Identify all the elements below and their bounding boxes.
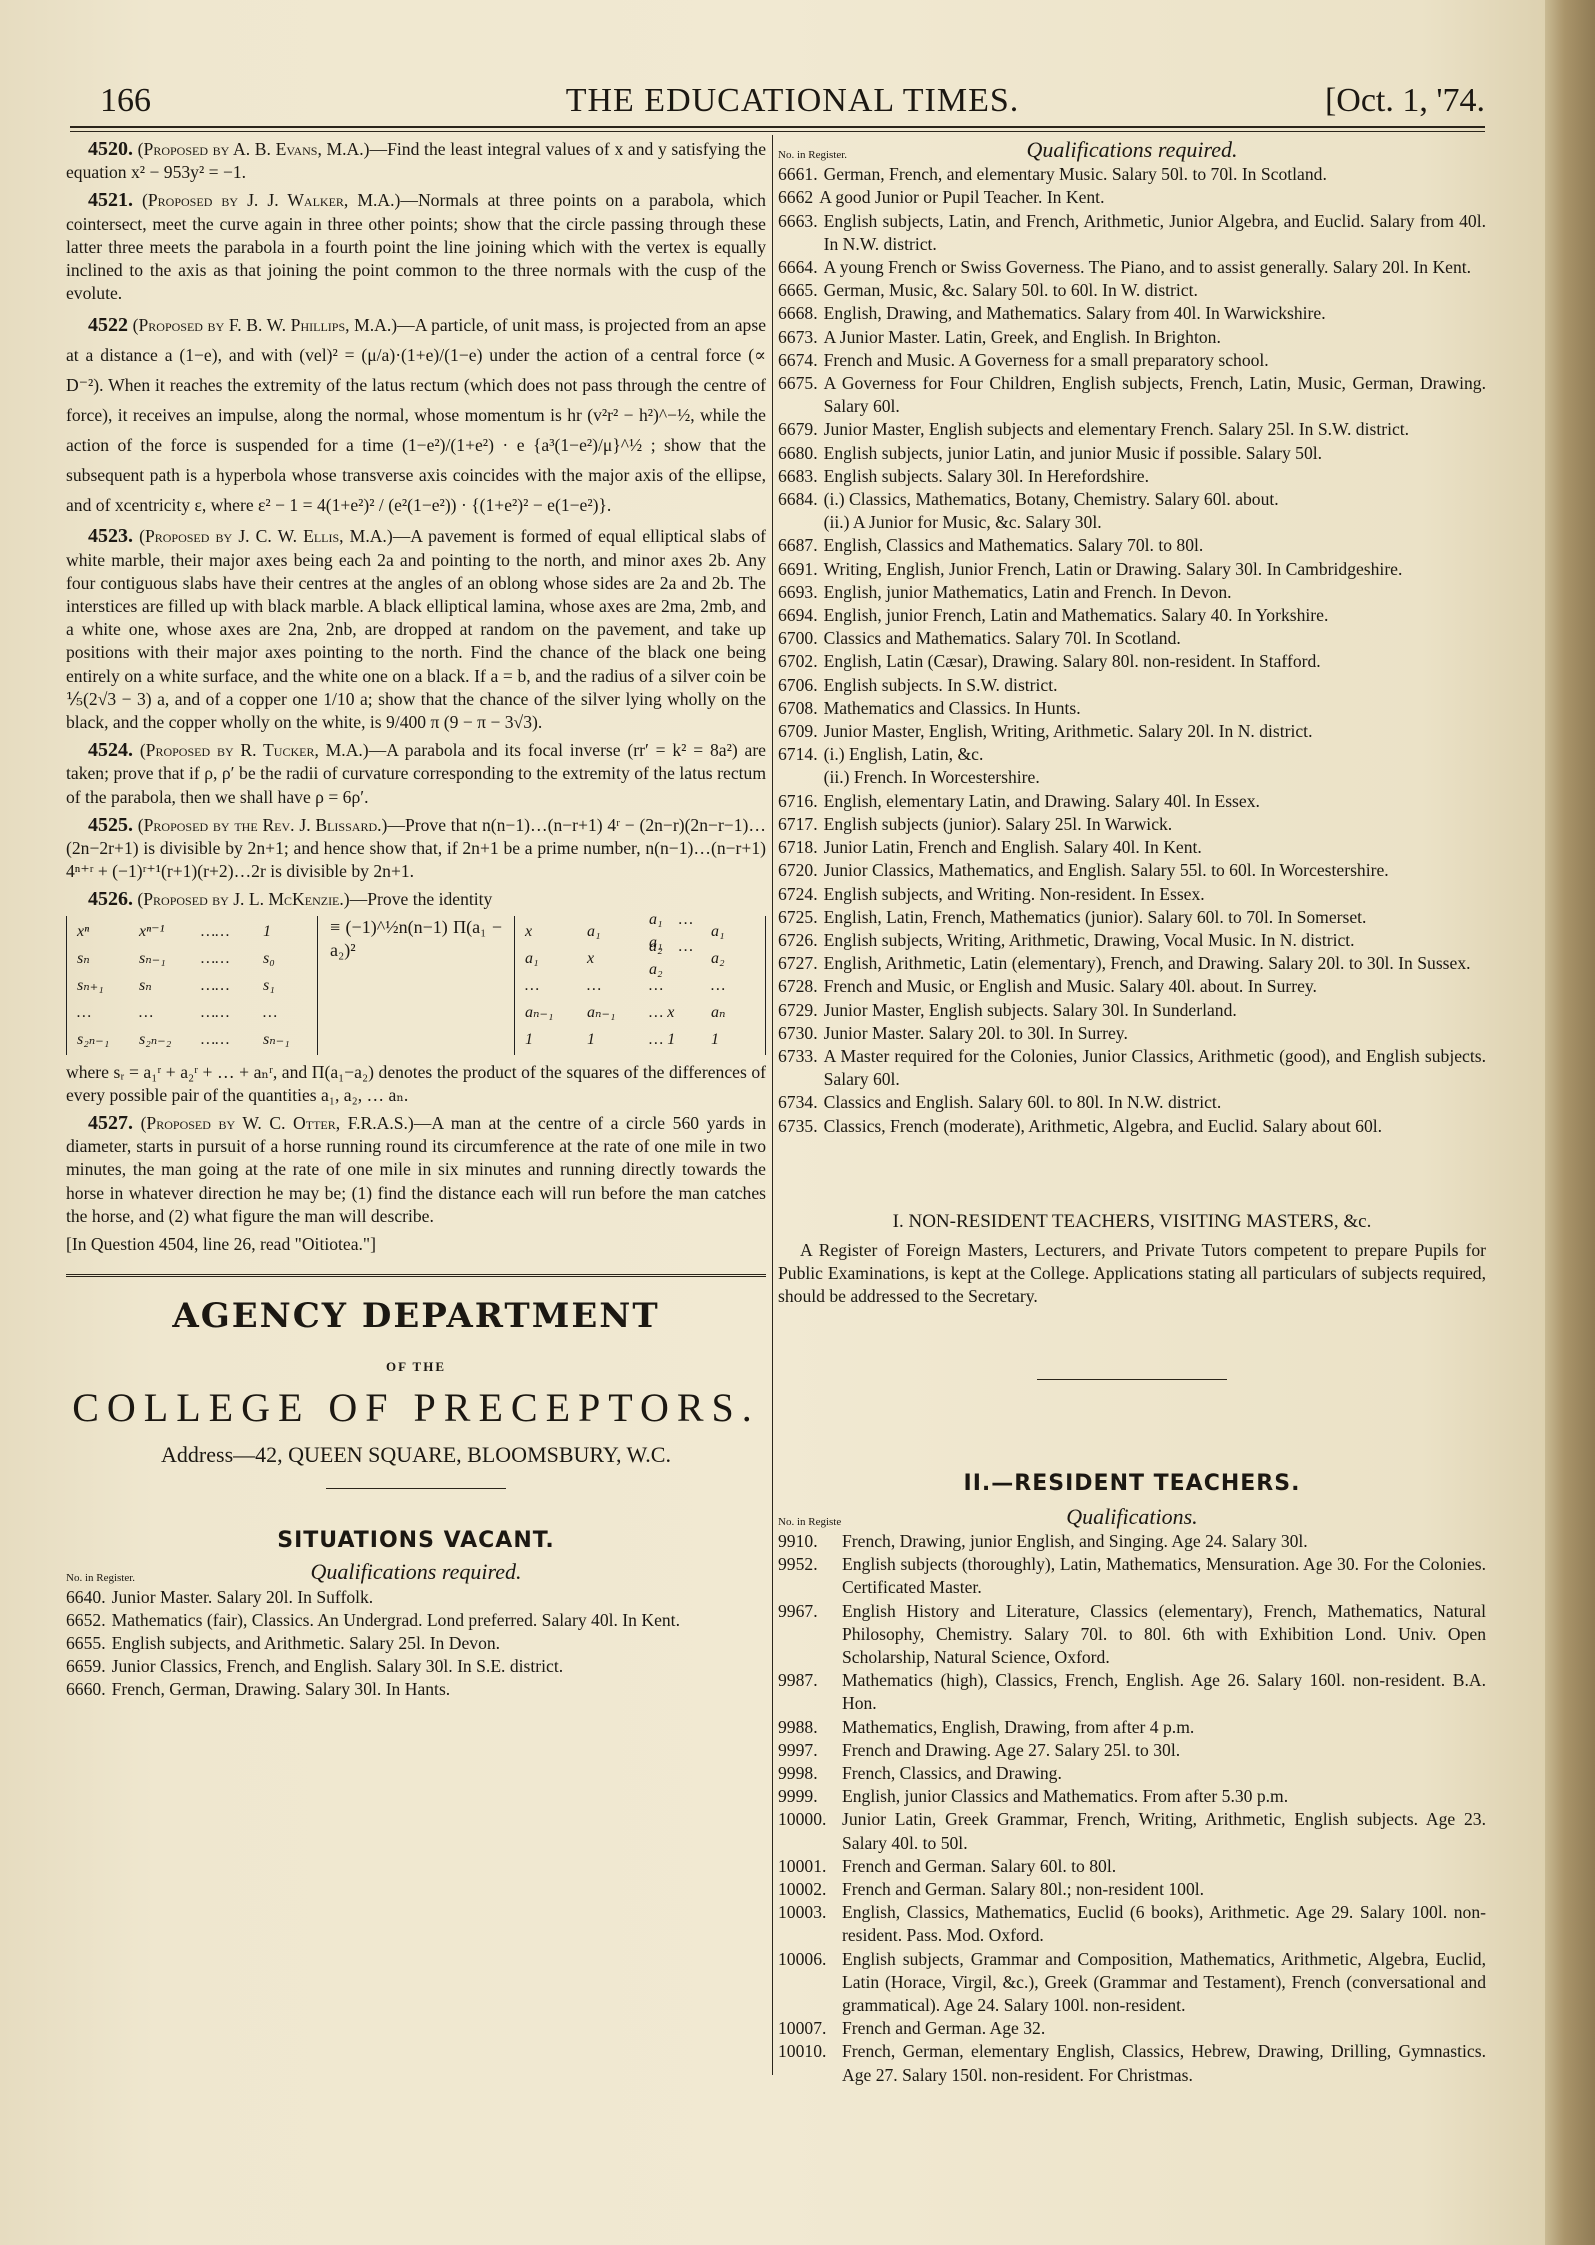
register-number: 10000. <box>778 1808 842 1854</box>
qualification-text: English History and Literature, Classics… <box>842 1600 1486 1670</box>
list-item: 6724.English subjects, and Writing. Non-… <box>778 883 1486 906</box>
list-item: 6716.English, elementary Latin, and Draw… <box>778 790 1486 813</box>
det-cell: … x <box>649 1001 693 1024</box>
qualification-text: Junior Latin, French and English. Salary… <box>824 836 1486 859</box>
register-number: 9988. <box>778 1716 842 1739</box>
header-rule-thin <box>70 131 1485 132</box>
det-row: a₁xa₂ … a₂a₂ <box>525 945 755 972</box>
entry-sub: (ii.) French. In Worcestershire. <box>824 767 1040 787</box>
det-row: ………… <box>525 972 755 999</box>
entry-main: A Master required for the Colonies, Juni… <box>824 1046 1486 1089</box>
det-cell: …… <box>201 1028 245 1051</box>
register-number: 10001. <box>778 1855 842 1878</box>
qualification-text: (i.) Classics, Mathematics, Botany, Chem… <box>824 488 1486 534</box>
entry-main: English History and Literature, Classics… <box>842 1601 1486 1667</box>
qualification-text: Junior Classics, French, and English. Sa… <box>112 1655 766 1678</box>
question-number: 4527. <box>88 1112 133 1134</box>
entry-main: English subjects, junior Latin, and juni… <box>824 443 1322 463</box>
header-rule <box>70 126 1485 128</box>
register-number: 6687. <box>778 534 824 557</box>
qualification-text: English subjects, Grammar and Compositio… <box>842 1948 1486 2018</box>
det-cell: xⁿ <box>77 920 121 943</box>
short-divider <box>1037 1379 1227 1380</box>
entry-main: Junior Classics, Mathematics, and Englis… <box>824 860 1389 880</box>
det-cell: a₁ <box>711 920 755 943</box>
register-label: No. in Register. <box>778 150 848 161</box>
list-header: No. in Register. Qualifications required… <box>778 138 1486 161</box>
list-item: 9999.English, junior Classics and Mathem… <box>778 1785 1486 1808</box>
det-cell: … <box>587 974 631 997</box>
det-cell: s₂ₙ₋₁ <box>77 1028 121 1051</box>
det-cell: aₙ₋₁ <box>587 1001 631 1024</box>
entry-main: English subjects, Latin, and French, Ari… <box>824 211 1486 254</box>
entry-main: English subjects (junior). Salary 25l. I… <box>824 814 1173 834</box>
qualification-text: English, elementary Latin, and Drawing. … <box>824 790 1486 813</box>
list-item: 6720.Junior Classics, Mathematics, and E… <box>778 859 1486 882</box>
qualification-text: Classics and Mathematics. Salary 70l. In… <box>824 627 1486 650</box>
det-row: …………… <box>77 999 307 1026</box>
list-item: 6674.French and Music. A Governess for a… <box>778 349 1486 372</box>
det-row: aₙ₋₁aₙ₋₁… xaₙ <box>525 999 755 1026</box>
determinant-definition: where sᵣ = a₁ʳ + a₂ʳ + … + aₙʳ, and Π(a₁… <box>66 1061 766 1107</box>
register-number: 9910. <box>778 1530 842 1553</box>
qualification-text: English subjects. Salary 30l. In Herefor… <box>824 465 1486 488</box>
list-header: No. in Register. Qualifications required… <box>66 1560 766 1583</box>
question-number: 4521. <box>88 189 133 211</box>
qualification-text: A Governess for Four Children, English s… <box>824 372 1486 418</box>
proposer: (Proposed by J. L. McKenzie.) <box>137 889 349 909</box>
entry-main: Classics and Mathematics. Salary 70l. In… <box>824 628 1181 648</box>
entry-main: A Junior Master. Latin, Greek, and Engli… <box>824 327 1221 347</box>
register-number: 6733. <box>778 1045 824 1091</box>
det-row: xa₁a₁ … a₁a₁ <box>525 918 755 945</box>
question-text: —A pavement is formed of equal elliptica… <box>66 526 766 732</box>
qualification-text: English subjects (thoroughly), Latin, Ma… <box>842 1553 1486 1599</box>
entry-main: English subjects. Salary 30l. In Herefor… <box>824 466 1149 486</box>
situations-list: 6640.Junior Master. Salary 20l. In Suffo… <box>66 1586 766 1702</box>
agency-of-the: OF THE <box>66 1355 766 1378</box>
list-item: 6706.English subjects. In S.W. district. <box>778 674 1486 697</box>
qualification-text: Classics, French (moderate), Arithmetic,… <box>824 1115 1486 1138</box>
qualification-text: Mathematics, English, Drawing, from afte… <box>842 1716 1486 1739</box>
entry-main: Junior Master. Salary 20l. In Suffolk. <box>112 1587 374 1607</box>
entry-main: French, German, elementary English, Clas… <box>842 2041 1486 2084</box>
entry-main: English, Arithmetic, Latin (elementary),… <box>824 953 1471 973</box>
resident-teachers-title: II.—RESIDENT TEACHERS. <box>778 1472 1486 1495</box>
list-item: 9988.Mathematics, English, Drawing, from… <box>778 1716 1486 1739</box>
det-cell: 1 <box>263 920 307 943</box>
qualification-text: Mathematics (high), Classics, French, En… <box>842 1669 1486 1715</box>
det-cell: … <box>263 1001 307 1024</box>
entry-main: (i.) Classics, Mathematics, Botany, Chem… <box>824 489 1279 509</box>
register-number: 6709. <box>778 720 824 743</box>
entry-sub: (ii.) A Junior for Music, &c. Salary 30l… <box>824 512 1102 532</box>
entry-main: English subjects. In S.W. district. <box>824 675 1058 695</box>
qualification-text: French and Music, or English and Music. … <box>824 975 1486 998</box>
entry-main: Writing, English, Junior French, Latin o… <box>824 559 1403 579</box>
qualification-text: French, Classics, and Drawing. <box>842 1762 1486 1785</box>
entry-main: English subjects, Writing, Arithmetic, D… <box>824 930 1355 950</box>
register-number: 6660. <box>66 1678 112 1701</box>
qualification-text: Classics and English. Salary 60l. to 80l… <box>824 1091 1486 1114</box>
list-item: 6684.(i.) Classics, Mathematics, Botany,… <box>778 488 1486 534</box>
register-number: 9952. <box>778 1553 842 1599</box>
situations-list-continued: 6661.German, French, and elementary Musi… <box>778 163 1486 1138</box>
det-cell: aₙ₋₁ <box>525 1001 569 1024</box>
publication-title: THE EDUCATIONAL TIMES. <box>100 82 1485 120</box>
register-number: 6662 <box>778 186 819 209</box>
entry-main: English, elementary Latin, and Drawing. … <box>824 791 1260 811</box>
register-number: 10003. <box>778 1901 842 1947</box>
det-cell: … <box>139 1001 183 1024</box>
list-item: 6717.English subjects (junior). Salary 2… <box>778 813 1486 836</box>
register-number: 9999. <box>778 1785 842 1808</box>
qualification-text: English subjects. In S.W. district. <box>824 674 1486 697</box>
list-item: 10007.French and German. Age 32. <box>778 2017 1486 2040</box>
qualification-text: Junior Master, English subjects and elem… <box>824 418 1486 441</box>
qualification-text: French and Drawing. Age 27. Salary 25l. … <box>842 1739 1486 1762</box>
det-row: sₙsₙ₋₁……s₀ <box>77 945 307 972</box>
qualification-text: English, junior French, Latin and Mathem… <box>824 604 1486 627</box>
list-item: 6660.French, German, Drawing. Salary 30l… <box>66 1678 766 1701</box>
entry-main: Junior Master, English subjects and elem… <box>824 419 1409 439</box>
list-item: 6640.Junior Master. Salary 20l. In Suffo… <box>66 1586 766 1609</box>
left-determinant: xⁿxⁿ⁻¹……1 sₙsₙ₋₁……s₀ sₙ₊₁sₙ……s₁ …………… s₂… <box>66 916 318 1055</box>
det-cell: sₙ₊₁ <box>77 974 121 997</box>
det-cell: sₙ₋₁ <box>263 1028 307 1051</box>
list-item: 10010.French, German, elementary English… <box>778 2040 1486 2086</box>
entry-main: English, junior Classics and Mathematics… <box>842 1786 1288 1806</box>
list-item: 6663.English subjects, Latin, and French… <box>778 210 1486 256</box>
list-item: 10001.French and German. Salary 60l. to … <box>778 1855 1486 1878</box>
entry-main: Mathematics (high), Classics, French, En… <box>842 1670 1486 1713</box>
register-number: 6673. <box>778 326 824 349</box>
list-item: 6725.English, Latin, French, Mathematics… <box>778 906 1486 929</box>
qualification-text: Junior Master, English subjects. Salary … <box>824 999 1486 1022</box>
qualification-text: English subjects, and Arithmetic. Salary… <box>112 1632 766 1655</box>
det-row: s₂ₙ₋₁s₂ₙ₋₂……sₙ₋₁ <box>77 1026 307 1053</box>
register-number: 6735. <box>778 1115 824 1138</box>
register-number: 9998. <box>778 1762 842 1785</box>
register-number: 6725. <box>778 906 824 929</box>
list-item: 9987.Mathematics (high), Classics, Frenc… <box>778 1669 1486 1715</box>
det-cell: 1 <box>711 1028 755 1051</box>
qualification-text: A good Junior or Pupil Teacher. In Kent. <box>819 186 1486 209</box>
entry-main: Junior Latin, Greek Grammar, French, Wri… <box>842 1809 1486 1852</box>
question-4525: 4525. (Proposed by the Rev. J. Blissard.… <box>66 814 766 884</box>
register-number: 10007. <box>778 2017 842 2040</box>
list-item: 6655.English subjects, and Arithmetic. S… <box>66 1632 766 1655</box>
entry-main: Mathematics and Classics. In Hunts. <box>824 698 1081 718</box>
question-number: 4522 <box>88 314 128 336</box>
register-label: No. in Register. <box>66 1573 136 1584</box>
list-item: 6694.English, junior French, Latin and M… <box>778 604 1486 627</box>
det-cell: …… <box>201 974 245 997</box>
register-number: 6659. <box>66 1655 112 1678</box>
register-label: No. in Registe <box>778 1517 848 1528</box>
register-number: 6694. <box>778 604 824 627</box>
det-cell: … <box>649 974 693 997</box>
register-number: 6680. <box>778 442 824 465</box>
entry-main: French, Classics, and Drawing. <box>842 1763 1062 1783</box>
entry-main: French, German, Drawing. Salary 30l. In … <box>112 1679 451 1699</box>
situations-vacant-title: SITUATIONS VACANT. <box>66 1529 766 1552</box>
list-item: 6664.A young French or Swiss Governess. … <box>778 256 1486 279</box>
right-determinant: xa₁a₁ … a₁a₁ a₁xa₂ … a₂a₂ ………… aₙ₋₁aₙ₋₁…… <box>514 916 766 1055</box>
entry-main: French, Drawing, junior English, and Sin… <box>842 1531 1308 1551</box>
register-number: 6720. <box>778 859 824 882</box>
register-number: 6718. <box>778 836 824 859</box>
list-item: 6730.Junior Master. Salary 20l. to 30l. … <box>778 1022 1486 1045</box>
register-number: 6729. <box>778 999 824 1022</box>
register-number: 6730. <box>778 1022 824 1045</box>
register-number: 6655. <box>66 1632 112 1655</box>
entry-main: English, junior French, Latin and Mathem… <box>824 605 1329 625</box>
list-item: 6729.Junior Master, English subjects. Sa… <box>778 999 1486 1022</box>
qualifications-label: Qualifications required. <box>848 138 1486 161</box>
question-number: 4520. <box>88 138 133 160</box>
entry-main: (i.) English, Latin, &c. <box>824 744 984 764</box>
entry-main: German, French, and elementary Music. Sa… <box>824 164 1327 184</box>
qualification-text: English, Drawing, and Mathematics. Salar… <box>824 302 1486 325</box>
qualification-text: A Master required for the Colonies, Juni… <box>824 1045 1486 1091</box>
issue-date: [Oct. 1, '74. <box>1325 82 1485 120</box>
question-4524: 4524. (Proposed by R. Tucker, M.A.)—A pa… <box>66 739 766 809</box>
det-cell: … <box>77 1001 121 1024</box>
list-item: 6700.Classics and Mathematics. Salary 70… <box>778 627 1486 650</box>
list-item: 6702.English, Latin (Cæsar), Drawing. Sa… <box>778 650 1486 673</box>
qualification-text: English subjects, and Writing. Non-resid… <box>824 883 1486 906</box>
qualification-text: German, French, and elementary Music. Sa… <box>824 163 1486 186</box>
qualification-text: English, Latin (Cæsar), Drawing. Salary … <box>824 650 1486 673</box>
det-cell: … <box>525 974 569 997</box>
question-text: —Prove the identity <box>350 889 493 909</box>
entry-main: French and Music, or English and Music. … <box>824 976 1317 996</box>
question-number: 4525. <box>88 814 133 836</box>
register-number: 6714. <box>778 743 824 789</box>
list-item: 6733.A Master required for the Colonies,… <box>778 1045 1486 1091</box>
qualification-text: Junior Master. Salary 20l. to 30l. In Su… <box>824 1022 1486 1045</box>
entry-main: Classics, French (moderate), Arithmetic,… <box>824 1116 1382 1136</box>
det-cell: a₂ <box>711 947 755 970</box>
register-number: 9967. <box>778 1600 842 1670</box>
qualification-text: English, junior Mathematics, Latin and F… <box>824 581 1486 604</box>
entry-main: English, Latin (Cæsar), Drawing. Salary … <box>824 651 1321 671</box>
det-row: xⁿxⁿ⁻¹……1 <box>77 918 307 945</box>
register-number: 6663. <box>778 210 824 256</box>
qualification-text: French and Music. A Governess for a smal… <box>824 349 1486 372</box>
qualification-text: English subjects (junior). Salary 25l. I… <box>824 813 1486 836</box>
list-item: 6680.English subjects, junior Latin, and… <box>778 442 1486 465</box>
det-cell: s₂ₙ₋₂ <box>139 1028 183 1051</box>
list-header: No. in Registe Qualifications. <box>778 1505 1486 1528</box>
entry-main: English subjects (thoroughly), Latin, Ma… <box>842 1554 1486 1597</box>
entry-main: Junior Master. Salary 20l. to 30l. In Su… <box>824 1023 1128 1043</box>
left-column: 4520. (Proposed by A. B. Evans, M.A.)—Fi… <box>66 138 766 1702</box>
entry-main: A good Junior or Pupil Teacher. In Kent. <box>819 187 1104 207</box>
question-4527: 4527. (Proposed by W. C. Otter, F.R.A.S.… <box>66 1112 766 1228</box>
list-item: 6661.German, French, and elementary Musi… <box>778 163 1486 186</box>
question-number: 4523. <box>88 525 133 547</box>
qualification-text: A Junior Master. Latin, Greek, and Engli… <box>824 326 1486 349</box>
entry-main: French and German. Age 32. <box>842 2018 1045 2038</box>
register-number: 10006. <box>778 1948 842 2018</box>
erratum-note: [In Question 4504, line 26, read "Oitiot… <box>66 1233 766 1256</box>
identity-middle: ≡ (−1)^½n(n−1) Π(a₁ − a₂)² <box>318 916 514 962</box>
list-item: 10000.Junior Latin, Greek Grammar, Frenc… <box>778 1808 1486 1854</box>
question-4520: 4520. (Proposed by A. B. Evans, M.A.)—Fi… <box>66 138 766 184</box>
right-column: No. in Register. Qualifications required… <box>778 138 1486 2087</box>
list-item: 6727.English, Arithmetic, Latin (element… <box>778 952 1486 975</box>
det-cell: a₁ <box>587 920 631 943</box>
qualification-text: French, German, Drawing. Salary 30l. In … <box>112 1678 766 1701</box>
det-cell: xⁿ⁻¹ <box>139 920 183 943</box>
qualification-text: Mathematics and Classics. In Hunts. <box>824 697 1486 720</box>
list-item: 6718.Junior Latin, French and English. S… <box>778 836 1486 859</box>
list-item: 9952.English subjects (thoroughly), Lati… <box>778 1553 1486 1599</box>
register-number: 6683. <box>778 465 824 488</box>
det-row: 11… 11 <box>525 1026 755 1053</box>
entry-main: English, junior Mathematics, Latin and F… <box>824 582 1232 602</box>
register-number: 6724. <box>778 883 824 906</box>
register-number: 6674. <box>778 349 824 372</box>
proposer: (Proposed by R. Tucker, M.A.) <box>140 740 369 760</box>
det-cell: …… <box>201 920 245 943</box>
register-number: 6728. <box>778 975 824 998</box>
list-item: 6662A good Junior or Pupil Teacher. In K… <box>778 186 1486 209</box>
list-item: 6675.A Governess for Four Children, Engl… <box>778 372 1486 418</box>
list-item: 6652.Mathematics (fair), Classics. An Un… <box>66 1609 766 1632</box>
register-number: 6661. <box>778 163 824 186</box>
proposer: (Proposed by the Rev. J. Blissard.) <box>138 815 388 835</box>
column-divider <box>772 135 773 2075</box>
qualification-text: Junior Classics, Mathematics, and Englis… <box>824 859 1486 882</box>
register-number: 6727. <box>778 952 824 975</box>
qualification-text: French and German. Salary 60l. to 80l. <box>842 1855 1486 1878</box>
qualification-text: English, Latin, French, Mathematics (jun… <box>824 906 1486 929</box>
question-4521: 4521. (Proposed by J. J. Walker, M.A.)—N… <box>66 189 766 305</box>
list-item: 6709.Junior Master, English, Writing, Ar… <box>778 720 1486 743</box>
entry-main: Junior Master, English, Writing, Arithme… <box>824 721 1313 741</box>
qualification-text: French, Drawing, junior English, and Sin… <box>842 1530 1486 1553</box>
det-cell: …… <box>201 1001 245 1024</box>
register-number: 6717. <box>778 813 824 836</box>
determinant-identity: xⁿxⁿ⁻¹……1 sₙsₙ₋₁……s₀ sₙ₊₁sₙ……s₁ …………… s₂… <box>66 916 766 1055</box>
entry-main: Junior Latin, French and English. Salary… <box>824 837 1202 857</box>
list-item: 6687.English, Classics and Mathematics. … <box>778 534 1486 557</box>
entry-main: English, Classics and Mathematics. Salar… <box>824 535 1204 555</box>
entry-main: English subjects, Grammar and Compositio… <box>842 1949 1486 2015</box>
det-row: sₙ₊₁sₙ……s₁ <box>77 972 307 999</box>
short-divider <box>326 1488 506 1489</box>
det-cell: … <box>711 974 755 997</box>
register-number: 6716. <box>778 790 824 813</box>
register-number: 6708. <box>778 697 824 720</box>
entry-main: A young French or Swiss Governess. The P… <box>824 257 1471 277</box>
register-number: 9997. <box>778 1739 842 1762</box>
entry-main: English, Drawing, and Mathematics. Salar… <box>824 303 1326 323</box>
entry-main: Mathematics (fair), Classics. An Undergr… <box>112 1610 680 1630</box>
qualification-text: English, Classics, Mathematics, Euclid (… <box>842 1901 1486 1947</box>
college-name: COLLEGE OF PRECEPTORS. <box>66 1396 766 1419</box>
non-resident-text: A Register of Foreign Masters, Lecturers… <box>778 1239 1486 1309</box>
question-text: —A particle, of unit mass, is projected … <box>66 315 766 515</box>
register-number: 6734. <box>778 1091 824 1114</box>
list-item: 6691.Writing, English, Junior French, La… <box>778 558 1486 581</box>
qualification-text: English, junior Classics and Mathematics… <box>842 1785 1486 1808</box>
proposer: (Proposed by A. B. Evans, M.A.) <box>138 139 370 159</box>
det-cell: x <box>525 920 569 943</box>
question-number: 4526. <box>88 888 133 910</box>
register-number: 6675. <box>778 372 824 418</box>
register-number: 6668. <box>778 302 824 325</box>
qualification-text: Junior Master, English, Writing, Arithme… <box>824 720 1486 743</box>
register-number: 10002. <box>778 1878 842 1901</box>
qualification-text: Junior Latin, Greek Grammar, French, Wri… <box>842 1808 1486 1854</box>
proposer: (Proposed by F. B. W. Phillips, M.A.) <box>133 315 398 335</box>
det-cell: sₙ₋₁ <box>139 947 183 970</box>
list-item: 10003.English, Classics, Mathematics, Eu… <box>778 1901 1486 1947</box>
section-divider <box>66 1274 766 1277</box>
entry-main: Mathematics, English, Drawing, from afte… <box>842 1717 1194 1737</box>
register-number: 6700. <box>778 627 824 650</box>
entry-main: Junior Master, English subjects. Salary … <box>824 1000 1237 1020</box>
entry-main: A Governess for Four Children, English s… <box>824 373 1486 416</box>
qualification-text: English subjects, Latin, and French, Ari… <box>824 210 1486 256</box>
qualification-text: French and German. Salary 80l.; non-resi… <box>842 1878 1486 1901</box>
page-edge <box>1545 0 1595 2245</box>
list-item: 6714.(i.) English, Latin, &c.(ii.) Frenc… <box>778 743 1486 789</box>
qualification-text: A young French or Swiss Governess. The P… <box>824 256 1486 279</box>
list-item: 9910.French, Drawing, junior English, an… <box>778 1530 1486 1553</box>
entry-main: English subjects, and Writing. Non-resid… <box>824 884 1205 904</box>
register-number: 6652. <box>66 1609 112 1632</box>
list-item: 6668.English, Drawing, and Mathematics. … <box>778 302 1486 325</box>
entry-main: French and German. Salary 60l. to 80l. <box>842 1856 1116 1876</box>
list-item: 6734.Classics and English. Salary 60l. t… <box>778 1091 1486 1114</box>
entry-main: French and Drawing. Age 27. Salary 25l. … <box>842 1740 1180 1760</box>
qualification-text: English subjects, Writing, Arithmetic, D… <box>824 929 1486 952</box>
register-number: 6664. <box>778 256 824 279</box>
resident-teachers-list: 9910.French, Drawing, junior English, an… <box>778 1530 1486 2087</box>
det-cell: sₙ <box>77 947 121 970</box>
register-number: 6640. <box>66 1586 112 1609</box>
qualification-text: French and German. Age 32. <box>842 2017 1486 2040</box>
list-item: 6679.Junior Master, English subjects and… <box>778 418 1486 441</box>
qualification-text: (i.) English, Latin, &c.(ii.) French. In… <box>824 743 1486 789</box>
list-item: 10006.English subjects, Grammar and Comp… <box>778 1948 1486 2018</box>
non-resident-title: I. NON-RESIDENT TEACHERS, VISITING MASTE… <box>778 1210 1486 1233</box>
college-address: Address—42, QUEEN SQUARE, BLOOMSBURY, W.… <box>66 1443 766 1466</box>
agency-title: AGENCY DEPARTMENT <box>66 1305 766 1328</box>
det-cell: aₙ <box>711 1001 755 1024</box>
det-cell: a₁ <box>525 947 569 970</box>
qualifications-label: Qualifications required. <box>136 1560 766 1583</box>
register-number: 6706. <box>778 674 824 697</box>
list-item: 9997.French and Drawing. Age 27. Salary … <box>778 1739 1486 1762</box>
list-item: 6735.Classics, French (moderate), Arithm… <box>778 1115 1486 1138</box>
list-item: 9967.English History and Literature, Cla… <box>778 1600 1486 1670</box>
det-cell: sₙ <box>139 974 183 997</box>
register-number: 6702. <box>778 650 824 673</box>
question-4522: 4522 (Proposed by F. B. W. Phillips, M.A… <box>66 310 766 520</box>
register-number: 6693. <box>778 581 824 604</box>
entry-main: English, Latin, French, Mathematics (jun… <box>824 907 1367 927</box>
qualification-text: French, German, elementary English, Clas… <box>842 2040 1486 2086</box>
register-number: 6726. <box>778 929 824 952</box>
entry-main: French and Music. A Governess for a smal… <box>824 350 1269 370</box>
det-cell: … 1 <box>649 1028 693 1051</box>
